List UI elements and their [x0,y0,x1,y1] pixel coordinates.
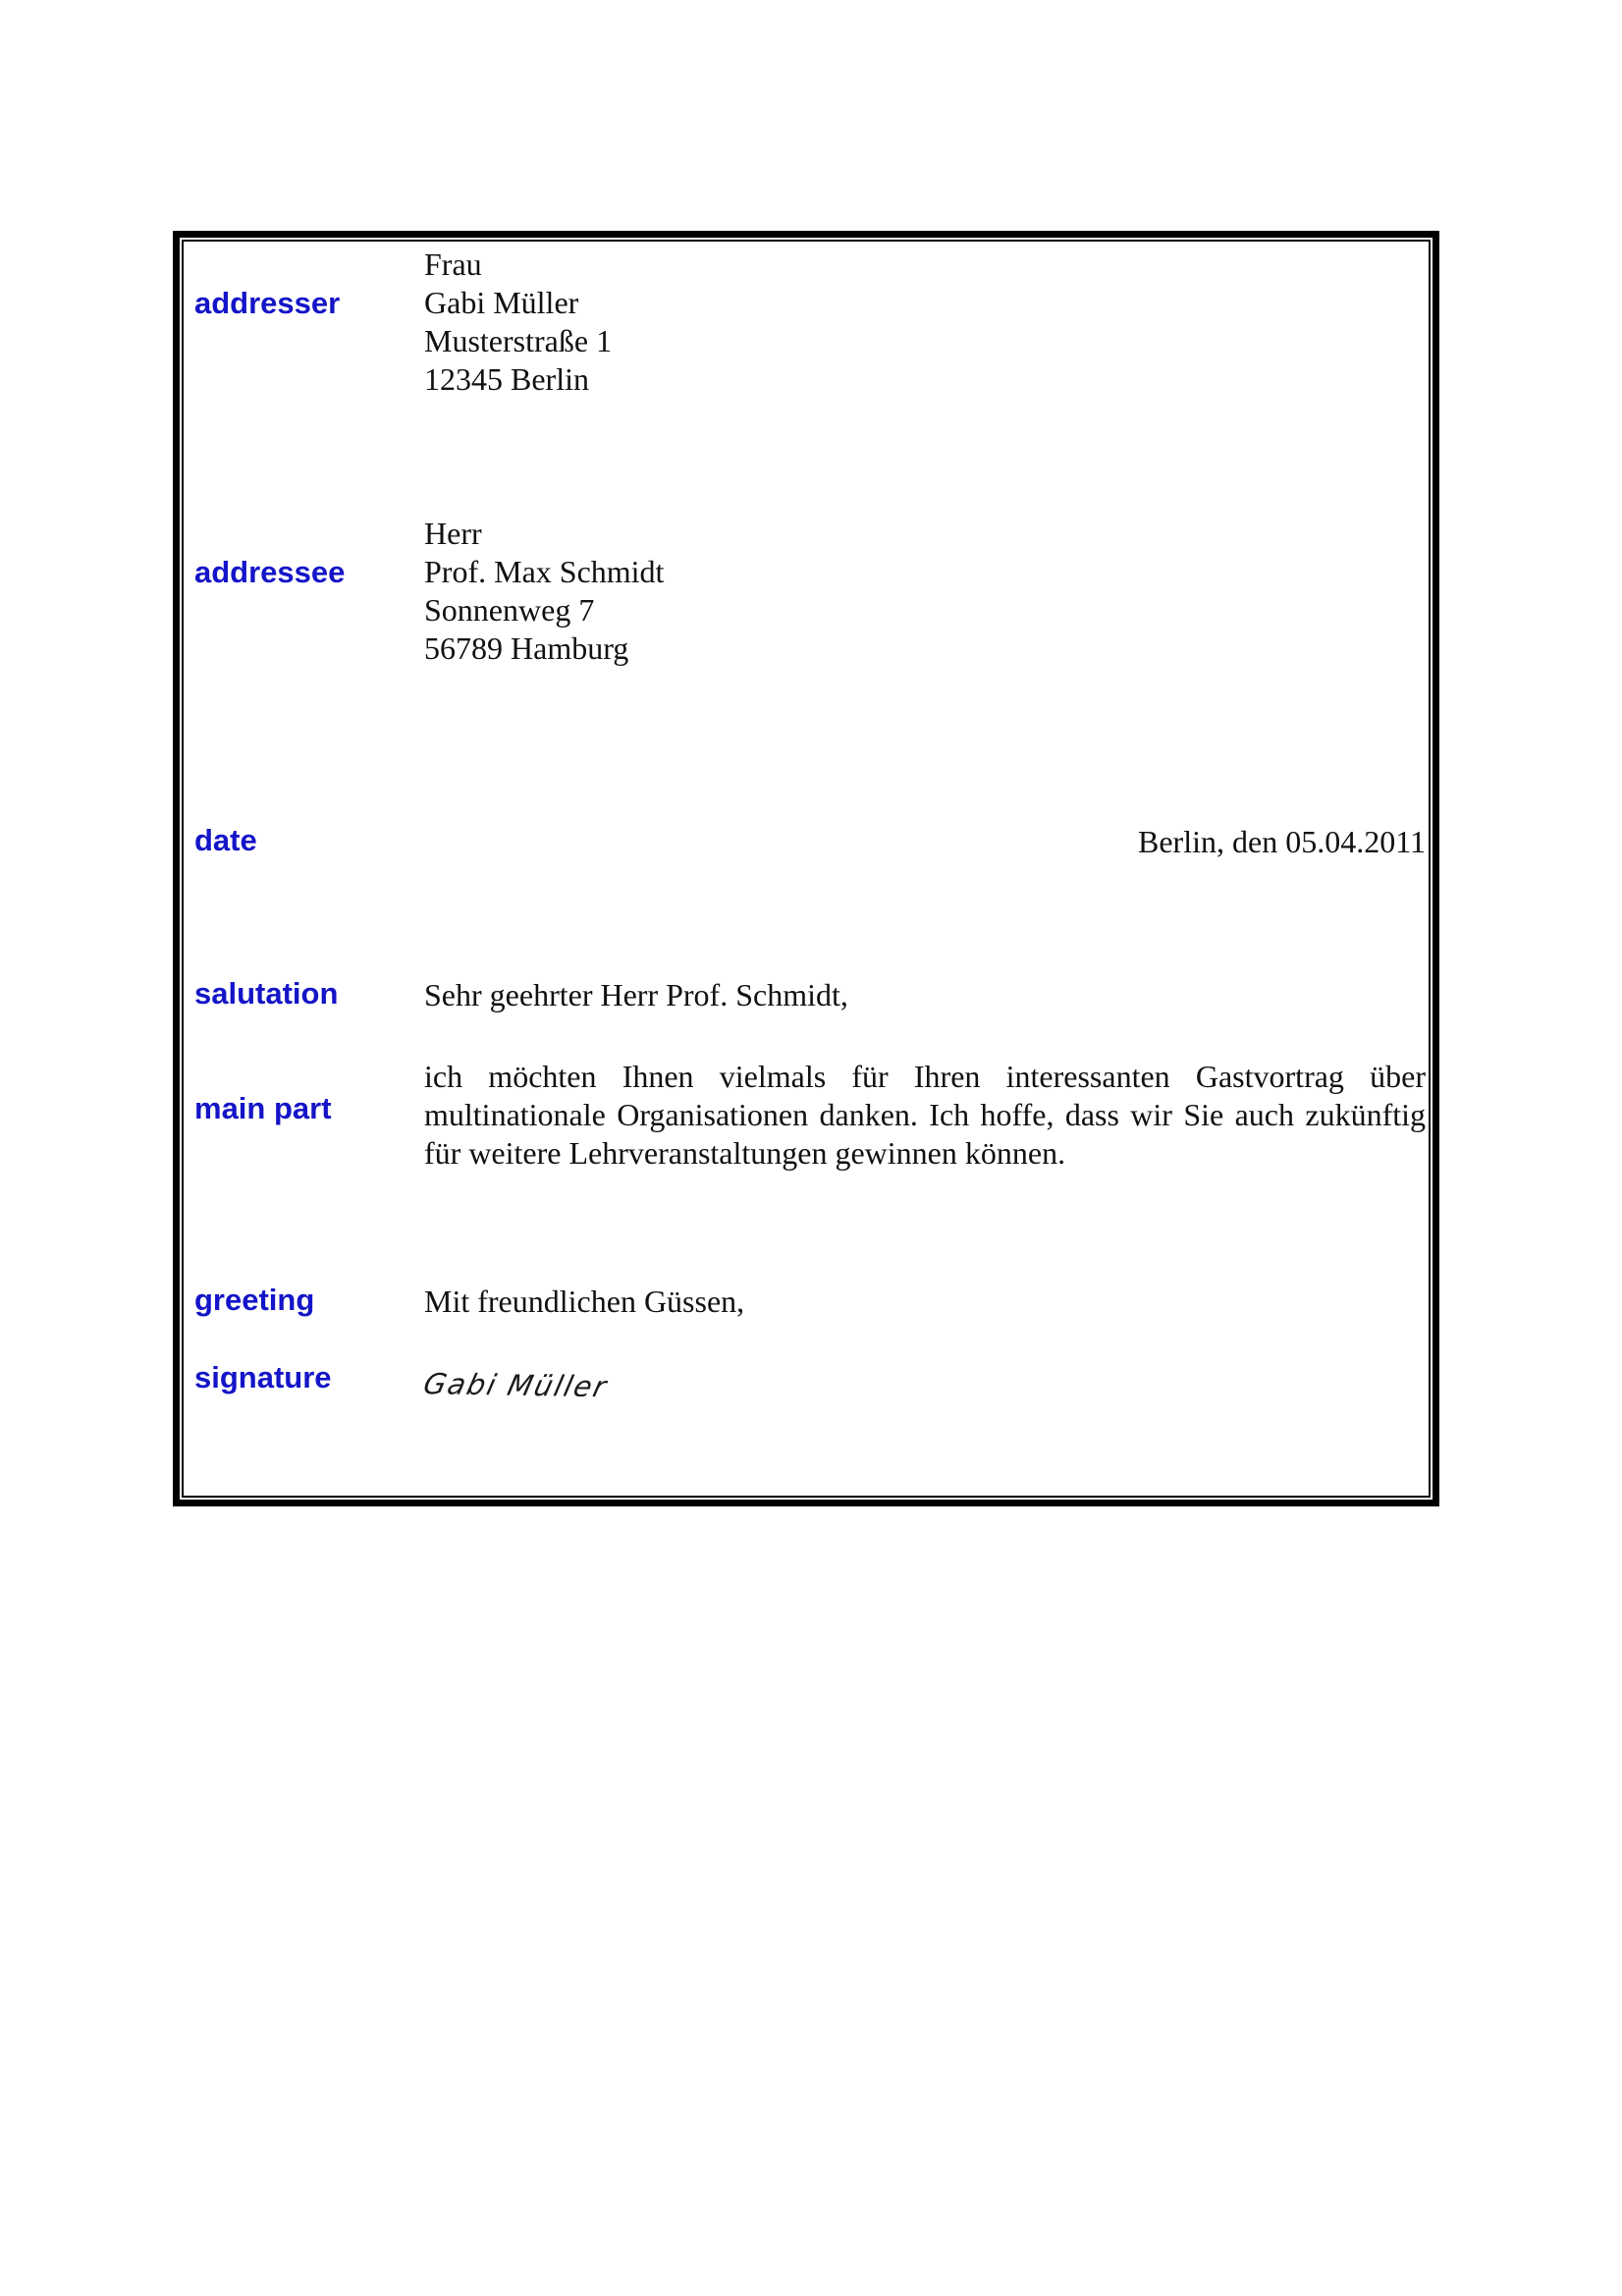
label-addresser: addresser [194,288,340,318]
label-main-part: main part [194,1093,332,1123]
addressee-name: Prof. Max Schmidt [424,553,664,591]
greeting-text: Mit freundlichen Güssen, [424,1283,744,1321]
addresser-name: Gabi Müller [424,284,612,322]
addressee-city: 56789 Hamburg [424,629,664,668]
addressee-title: Herr [424,515,664,553]
addresser-city: 12345 Berlin [424,360,612,399]
letter-date: Berlin, den 05.04.2011 [1138,823,1426,861]
letter-frame [173,231,1439,1506]
label-signature: signature [194,1362,332,1393]
addressee-block: Herr Prof. Max Schmidt Sonnenweg 7 56789… [424,515,664,668]
label-addressee: addressee [194,557,345,587]
handwritten-signature: Gabi Müller [420,1367,611,1403]
addressee-street: Sonnenweg 7 [424,591,664,629]
label-greeting: greeting [194,1285,314,1315]
addresser-block: Frau Gabi Müller Musterstraße 1 12345 Be… [424,246,612,399]
salutation-text: Sehr geehrter Herr Prof. Schmidt, [424,976,848,1014]
addresser-title: Frau [424,246,612,284]
letter-frame-inner-border [182,240,1431,1498]
main-part-text: ich möchten Ihnen vielmals für Ihren int… [424,1058,1426,1173]
label-date: date [194,825,257,855]
label-salutation: salutation [194,978,338,1009]
addresser-street: Musterstraße 1 [424,322,612,360]
